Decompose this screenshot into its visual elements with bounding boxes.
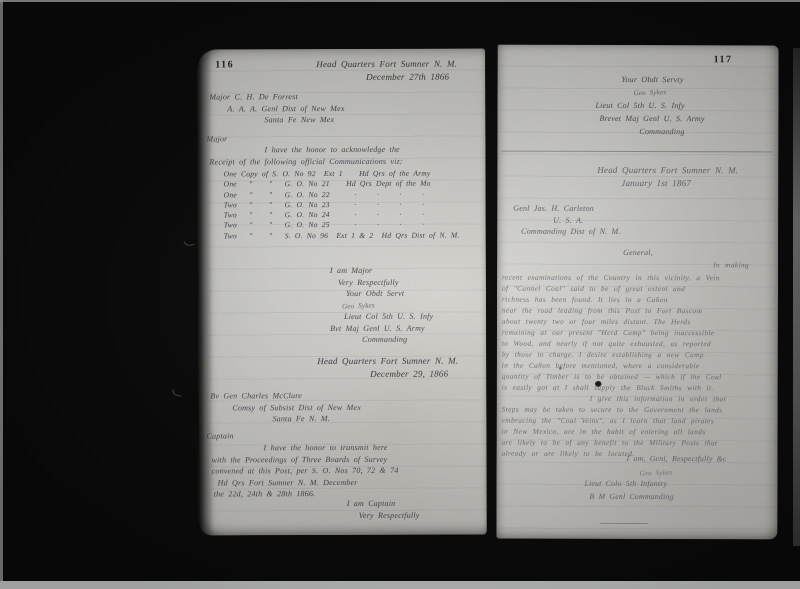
handwriting-line: Two " " S. O. No 96 Ext 1 & 2 Hd Qrs Dis… <box>224 230 460 241</box>
page-number: 116 <box>215 59 234 70</box>
handwriting-line: Commanding <box>639 125 704 138</box>
margin-pencil-mark <box>183 239 194 247</box>
handwriting-line: December 29, 1866 <box>278 368 458 382</box>
ink-blot <box>595 381 602 387</box>
scan-frame-edge-bottom <box>0 581 800 589</box>
scan-frame-edge-right <box>793 48 800 546</box>
handwriting-line: is easily got at I shall supply the Blac… <box>502 382 773 394</box>
closing-signature-block: I am Major Very Respectfully Your Obdt S… <box>316 265 434 346</box>
page-number: 117 <box>714 54 733 65</box>
handwriting-line: I am, Genl, Respectfully &c <box>627 453 727 466</box>
handwriting-line: I have the honor to acknowledge the <box>209 144 473 156</box>
salutation: Captain <box>206 430 233 442</box>
letter-heading: Head Quarters Fort Sumner N. M. December… <box>257 58 457 85</box>
letter-separator-rule <box>501 151 773 153</box>
ink-blot <box>559 367 562 370</box>
handwriting-line: Hd Qrs Fort Sumner N. M. December <box>218 476 474 488</box>
body-intro: In making <box>713 259 749 270</box>
closing-signature-block: I am, Genl, Respectfully &c Geo Sykes Li… <box>584 453 726 503</box>
handwriting-line: In making <box>713 259 749 270</box>
letter-body: I have the honor to transmit here with t… <box>212 442 474 500</box>
handwriting-line: Two " " G. O. No 25 · · · · <box>224 220 460 231</box>
handwriting-line: Santa Fe N. M. <box>272 413 361 425</box>
handwriting-line: about twenty two or four miles distant. … <box>502 316 773 328</box>
handwriting-line: convened at this Post, per S. O. Nos 70,… <box>212 465 474 477</box>
handwriting-line: of "Cannel Coal" said to be of great ext… <box>502 283 773 295</box>
handwriting-line: Lieut Colo 5th Infantry <box>584 478 726 491</box>
closing-signature-block: Your Obdt Servty Geo Sykes Lieut Col 5th… <box>593 73 704 138</box>
handwriting-line: Santa Fe New Mex <box>264 114 344 126</box>
handwriting-line: One " " G. O. No 21 Hd Qrs Dept of the M… <box>224 179 460 190</box>
addressee-block: Genl Jas. H. Carleton U. S. A. Commandin… <box>513 203 621 238</box>
handwriting-line: January 1st 1867 <box>621 177 738 190</box>
handwriting-line: Comsy of Subsist Dist of New Mex <box>232 401 361 413</box>
handwriting-line: Major <box>206 133 227 145</box>
handwriting-line: Head Quarters Fort Sumner N. M. <box>257 58 457 72</box>
margin-pencil-mark <box>172 389 183 397</box>
addressee-block: Major C. H. De Forrest A. A. A. Genl Dis… <box>209 91 344 126</box>
signature: Geo Sykes <box>633 85 705 100</box>
scan-frame-edge-top <box>0 0 800 2</box>
salutation: Major <box>206 133 227 145</box>
handwriting-line: Head Quarters Fort Sumner N. M. <box>597 164 738 177</box>
handwriting-line: B M Genl Commanding <box>589 490 726 503</box>
addressee-block: Bv Gen Charles McClure Comsy of Subsist … <box>210 390 361 425</box>
end-dash <box>600 523 648 524</box>
handwriting-line: Commanding Dist of N. M. <box>521 226 621 238</box>
letter-body: recent examinations of the Country in th… <box>502 272 773 460</box>
handwriting-line: Steps may be taken to secure to the Gove… <box>502 404 773 416</box>
handwriting-line: Your Obdt Servty <box>622 73 705 86</box>
handwriting-line: near the road leading from this Post to … <box>502 305 773 317</box>
handwriting-line: One " " G. O. No 22 · · · · <box>224 189 460 200</box>
receipt-list: One Copy of S. O. No 92 Ext 1 Hd Qrs of … <box>224 169 460 242</box>
handwriting-line: December 27th 1866 <box>257 71 457 85</box>
left-page: 116 Head Quarters Fort Sumner N. M. Dece… <box>197 48 487 535</box>
letter-heading: Head Quarters Fort Sumner N. M. January … <box>597 164 738 190</box>
handwriting-line: I am Captain <box>347 498 420 510</box>
handwriting-line: Bvt Maj Genl U. S. Army <box>330 322 433 334</box>
handwriting-line: Receipt of the following official Commun… <box>210 155 474 167</box>
handwriting-line: I give this information in order that <box>590 393 773 404</box>
handwriting-line: Lieut Col 5th U. S. Infy <box>595 99 704 112</box>
handwriting-line: I have the honor to transmit here <box>212 442 474 454</box>
handwriting-line: Very Respectfully <box>338 276 433 288</box>
handwriting-line: Brevet Maj Genl U. S. Army <box>599 112 704 125</box>
handwriting-line: Commanding <box>362 334 433 346</box>
handwriting-line: I am Major <box>330 265 433 277</box>
handwriting-line: in the Cañon before mentioned, where a c… <box>502 360 773 372</box>
microfilm-scan: 116 Head Quarters Fort Sumner N. M. Dece… <box>0 0 800 589</box>
handwriting-line: Genl Jas. H. Carleton <box>513 203 621 215</box>
handwriting-line: richness has been found. It lies in a Ca… <box>502 294 773 306</box>
handwriting-line: Very Respectfully <box>359 509 420 521</box>
handwriting-line: embracing the "Coal Veins", as I learn t… <box>502 415 773 427</box>
handwriting-line: Bv Gen Charles McClure <box>210 390 361 402</box>
handwriting-line: U. S. A. <box>553 214 621 226</box>
handwriting-line: in New Mexico, are in the habit of enter… <box>502 426 773 438</box>
scan-frame-edge-left <box>0 0 3 589</box>
handwriting-line: by those in charge. I desire establishin… <box>502 349 773 361</box>
handwriting-line: General, <box>623 247 653 259</box>
handwriting-line: Major C. H. De Forrest <box>209 91 344 103</box>
handwriting-line: A. A. A. Genl Dist of New Mex <box>227 102 344 114</box>
handwriting-line: recent examinations of the Country in th… <box>502 272 773 284</box>
handwriting-line: Head Quarters Fort Sumner N. M. <box>278 355 458 369</box>
handwriting-line: to Wood, and nearly if not quite exhaust… <box>502 338 773 350</box>
letter-heading: Head Quarters Fort Sumner N. M. December… <box>278 355 458 382</box>
closing-block: I am Captain Very Respectfully <box>329 498 420 521</box>
handwriting-line: are likely to be of any benefit to the M… <box>502 437 773 449</box>
handwriting-line: remaining at our present "Herd Camp" bei… <box>502 327 773 339</box>
signature: Geo Sykes <box>639 464 726 479</box>
salutation: General, <box>623 247 653 259</box>
handwriting-line: Captain <box>206 430 233 442</box>
letter-body: I have the honor to acknowledge the Rece… <box>209 144 473 168</box>
handwriting-line: with the Proceedings of Three Boards of … <box>212 453 474 465</box>
handwriting-line: quantity of Timber is to be obtained — w… <box>502 371 773 383</box>
right-page: 117 Your Obdt Servty Geo Sykes Lieut Col… <box>496 45 778 540</box>
